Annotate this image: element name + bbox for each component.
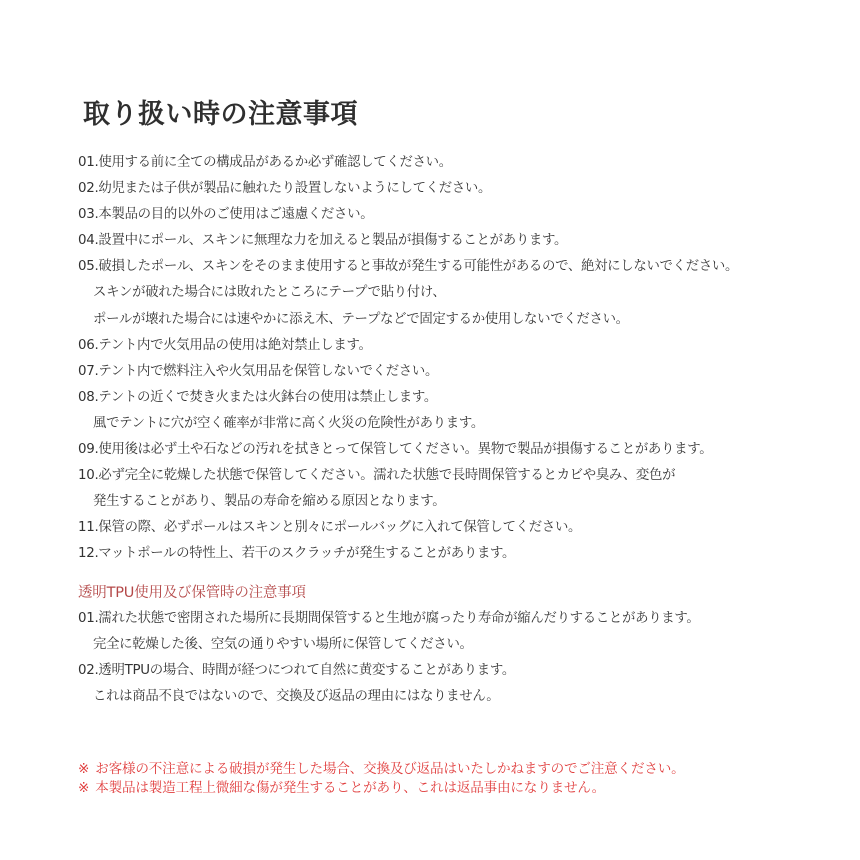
list-item: 05.破損したポール、スキンをそのまま使用すると事故が発生する可能性があるので、…	[78, 254, 738, 280]
reference-mark-icon: ※	[78, 761, 89, 777]
list-item-continuation: これは商品不良ではないので、交換及び返品の理由にはなりません。	[78, 684, 700, 710]
warning-note-text: お客様の不注意による破損が発生した場合、交換及び返品はいたしかねますのでご注意く…	[95, 761, 684, 777]
warning-note: ※お客様の不注意による破損が発生した場合、交換及び返品はいたしかねますのでご注意…	[78, 760, 685, 779]
warning-note-text: 本製品は製造工程上微細な傷が発生することがあり、これは返品事由になりません。	[95, 780, 605, 796]
list-item-continuation: スキンが破れた場合には敗れたところにテープで貼り付け、	[78, 280, 738, 306]
list-item: 06.テント内で火気用品の使用は絶対禁止します。	[78, 333, 738, 359]
warning-note: ※本製品は製造工程上微細な傷が発生することがあり、これは返品事由になりません。	[78, 779, 685, 798]
list-item: 12.マットポールの特性上、若干のスクラッチが発生することがあります。	[78, 541, 738, 567]
list-item: 09.使用後は必ず土や石などの汚れを拭きとって保管してください。異物で製品が損傷…	[78, 437, 738, 463]
list-item: 08.テントの近くで焚き火または火鉢台の使用は禁止します。	[78, 385, 738, 411]
tpu-section-title: 透明TPU使用及び保管時の注意事項	[78, 581, 306, 602]
list-item: 01.濡れた状態で密閉された場所に長期間保管すると生地が腐ったり寿命が縮んだりす…	[78, 606, 700, 632]
list-item-continuation: 発生することがあり、製品の寿命を縮める原因となります。	[78, 489, 738, 515]
tpu-precautions-list: 01.濡れた状態で密閉された場所に長期間保管すると生地が腐ったり寿命が縮んだりす…	[78, 606, 700, 710]
list-item: 10.必ず完全に乾燥した状態で保管してください。濡れた状態で長時間保管するとカビ…	[78, 463, 738, 489]
list-item: 01.使用する前に全ての構成品があるか必ず確認してください。	[78, 150, 738, 176]
handling-precautions-list: 01.使用する前に全ての構成品があるか必ず確認してください。 02.幼児または子…	[78, 150, 738, 568]
list-item: 03.本製品の目的以外のご使用はご遠慮ください。	[78, 202, 738, 228]
list-item-continuation: 風でテントに穴が空く確率が非常に高く火災の危険性があります。	[78, 411, 738, 437]
list-item: 02.透明TPUの場合、時間が経つにつれて自然に黄変することがあります。	[78, 658, 700, 684]
list-item-continuation: ポールが壊れた場合には速やかに添え木、テープなどで固定するか使用しないでください…	[78, 307, 738, 333]
warning-notes: ※お客様の不注意による破損が発生した場合、交換及び返品はいたしかねますのでご注意…	[78, 760, 685, 798]
page-title: 取り扱い時の注意事項	[83, 92, 358, 131]
list-item: 11.保管の際、必ずポールはスキンと別々にポールバッグに入れて保管してください。	[78, 515, 738, 541]
reference-mark-icon: ※	[78, 780, 89, 796]
list-item-continuation: 完全に乾燥した後、空気の通りやすい場所に保管してください。	[78, 632, 700, 658]
list-item: 07.テント内で燃料注入や火気用品を保管しないでください。	[78, 359, 738, 385]
list-item: 02.幼児または子供が製品に触れたり設置しないようにしてください。	[78, 176, 738, 202]
list-item: 04.設置中にポール、スキンに無理な力を加えると製品が損傷することがあります。	[78, 228, 738, 254]
